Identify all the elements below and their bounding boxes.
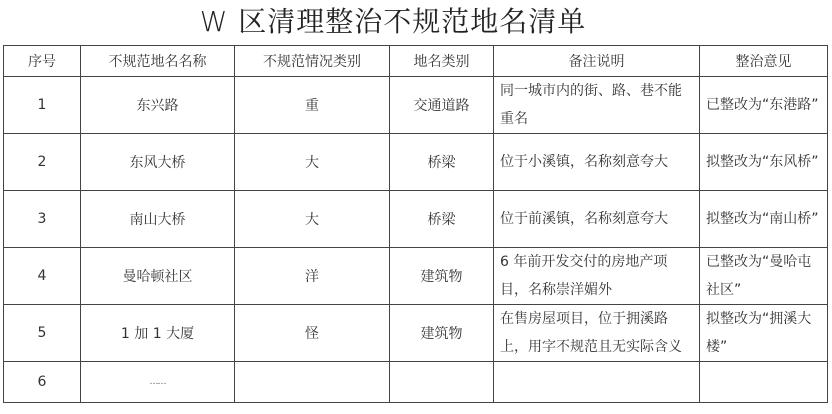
cell-category bbox=[390, 362, 494, 403]
cell-name: 东兴路 bbox=[81, 77, 235, 134]
header-no: 序号 bbox=[4, 46, 81, 77]
table-row: 3 南山大桥 大 桥梁 位于前溪镇，名称刻意夸大 拟整改为“南山桥” bbox=[4, 191, 828, 248]
cell-name: 东风大桥 bbox=[81, 134, 235, 191]
cell-no: 3 bbox=[4, 191, 81, 248]
cell-no: 6 bbox=[4, 362, 81, 403]
cell-opinion: 拟整改为“南山桥” bbox=[700, 191, 828, 248]
nonstandard-place-names-table: 序号 不规范地名名称 不规范情况类别 地名类别 备注说明 整治意见 1 东兴路 … bbox=[3, 45, 828, 403]
cell-name: 曼哈顿社区 bbox=[81, 248, 235, 305]
cell-opinion: 拟整改为“拥溪大楼” bbox=[700, 305, 828, 362]
cell-issue: 洋 bbox=[235, 248, 390, 305]
cell-issue: 大 bbox=[235, 134, 390, 191]
cell-category: 桥梁 bbox=[390, 134, 494, 191]
cell-no: 4 bbox=[4, 248, 81, 305]
cell-category: 交通道路 bbox=[390, 77, 494, 134]
cell-opinion: 已整改为“曼哈屯社区” bbox=[700, 248, 828, 305]
cell-name-ellipsis: …… bbox=[81, 362, 235, 403]
cell-no: 1 bbox=[4, 77, 81, 134]
cell-no: 5 bbox=[4, 305, 81, 362]
table-row: 4 曼哈顿社区 洋 建筑物 6 年前开发交付的房地产项目，名称崇洋媚外 已整改为… bbox=[4, 248, 828, 305]
header-category: 地名类别 bbox=[390, 46, 494, 77]
cell-note: 6 年前开发交付的房地产项目，名称崇洋媚外 bbox=[494, 248, 700, 305]
table-row: 5 1 加 1 大厦 怪 建筑物 在售房屋项目，位于拥溪路上，用字不规范且无实际… bbox=[4, 305, 828, 362]
cell-name: 1 加 1 大厦 bbox=[81, 305, 235, 362]
header-name: 不规范地名名称 bbox=[81, 46, 235, 77]
header-note: 备注说明 bbox=[494, 46, 700, 77]
cell-issue bbox=[235, 362, 390, 403]
cell-opinion: 已整改为“东港路” bbox=[700, 77, 828, 134]
cell-note bbox=[494, 362, 700, 403]
cell-note: 在售房屋项目，位于拥溪路上，用字不规范且无实际含义 bbox=[494, 305, 700, 362]
table-row: 1 东兴路 重 交通道路 同一城市内的街、路、巷不能重名 已整改为“东港路” bbox=[4, 77, 828, 134]
cell-category: 建筑物 bbox=[390, 248, 494, 305]
table-row: 2 东风大桥 大 桥梁 位于小溪镇，名称刻意夸大 拟整改为“东风桥” bbox=[4, 134, 828, 191]
page-title: W 区清理整治不规范地名清单 bbox=[0, 2, 786, 42]
cell-issue: 重 bbox=[235, 77, 390, 134]
cell-opinion: 拟整改为“东风桥” bbox=[700, 134, 828, 191]
cell-opinion bbox=[700, 362, 828, 403]
cell-note: 同一城市内的街、路、巷不能重名 bbox=[494, 77, 700, 134]
cell-name: 南山大桥 bbox=[81, 191, 235, 248]
cell-note: 位于小溪镇，名称刻意夸大 bbox=[494, 134, 700, 191]
header-opinion: 整治意见 bbox=[700, 46, 828, 77]
table-header-row: 序号 不规范地名名称 不规范情况类别 地名类别 备注说明 整治意见 bbox=[4, 46, 828, 77]
cell-no: 2 bbox=[4, 134, 81, 191]
header-issue: 不规范情况类别 bbox=[235, 46, 390, 77]
cell-category: 建筑物 bbox=[390, 305, 494, 362]
cell-issue: 大 bbox=[235, 191, 390, 248]
cell-note: 位于前溪镇，名称刻意夸大 bbox=[494, 191, 700, 248]
cell-issue: 怪 bbox=[235, 305, 390, 362]
table-row: 6 …… bbox=[4, 362, 828, 403]
cell-category: 桥梁 bbox=[390, 191, 494, 248]
